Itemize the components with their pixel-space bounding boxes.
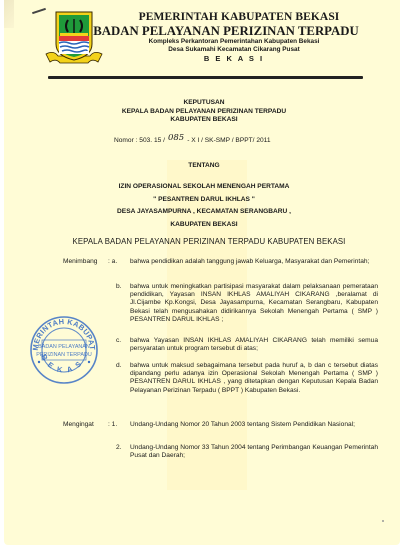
menimbang-item-d: d. bahwa untuk maksud sebagaimana terseb… xyxy=(116,362,378,395)
item-text: bahwa pendidikan adalah tanggung jawab K… xyxy=(130,258,378,266)
decree-number-prefix: Nomor : 503. 15 / xyxy=(114,137,165,144)
item-marker: : 1. xyxy=(108,421,117,429)
subject-line: " PESANTREN DARUL IKHLAS " xyxy=(44,194,364,207)
subject-line: DESA JAYASAMPURNA , KECAMATAN SERANGBARU… xyxy=(44,206,364,219)
item-marker: b. xyxy=(116,283,122,291)
decree-number-handwritten: 085 xyxy=(168,133,184,143)
letterhead: PEMERINTAH KABUPATEN BEKASI BADAN PELAYA… xyxy=(104,11,374,64)
item-text: bahwa untuk maksud sebagaimana tersebut … xyxy=(130,362,378,395)
item-text: Undang-Undang Nomor 20 Tahun 2003 tentan… xyxy=(130,421,378,429)
decree-number: Nomor : 503. 15 /085- X I / SK-SMP / BPP… xyxy=(114,136,334,145)
decree-title-keputusan: KEPUTUSAN xyxy=(44,99,364,108)
folded-corner xyxy=(4,0,14,28)
letterhead-address-2: Desa Sukamahi Kecamatan Cikarang Pusat xyxy=(94,46,374,54)
document-page: PEMERINTAH KABUPATEN BEKASI BADAN PELAYA… xyxy=(4,0,400,545)
subject-line: IZIN OPERASIONAL SEKOLAH MENENGAH PERTAM… xyxy=(44,181,364,194)
letterhead-city: B E K A S I xyxy=(94,54,374,64)
item-marker: : a. xyxy=(108,258,117,266)
menimbang-item-a: : a. bahwa pendidikan adalah tanggung ja… xyxy=(116,258,378,266)
letterhead-government: PEMERINTAH KABUPATEN BEKASI xyxy=(104,11,374,24)
menimbang-item-b: b. bahwa untuk meningkatkan partisipasi … xyxy=(116,283,378,324)
scan-speck xyxy=(382,520,384,522)
item-marker: d. xyxy=(116,362,122,370)
menimbang-item-c: c. bahwa Yayasan INSAN IKHLAS AMALIYAH C… xyxy=(116,337,378,353)
decree-issuer-2: KABUPATEN BEKASI xyxy=(44,116,364,125)
item-marker: 2. xyxy=(116,444,122,452)
item-marker: c. xyxy=(116,337,121,345)
item-text: bahwa untuk meningkatkan partisipasi mas… xyxy=(130,283,378,324)
letterhead-address-1: Kompleks Perkantoran Pemerintahan Kabupa… xyxy=(94,38,374,46)
decree-issuer-1: KEPALA BADAN PELAYANAN PERIZINAN TERPADU xyxy=(44,108,364,117)
official-stamp-icon: PEMERINTAH KABUPATEN B E K A S I BADAN P… xyxy=(28,312,100,384)
menimbang-label: Menimbang xyxy=(63,258,97,265)
letterhead-divider xyxy=(48,76,363,79)
decree-heading: KEPALA BADAN PELAYANAN PERIZINAN TERPADU… xyxy=(44,237,374,246)
item-text: bahwa Yayasan INSAN IKHLAS AMALIYAH CIKA… xyxy=(130,337,378,353)
decree-number-suffix: - X I / SK-SMP / BPPT/ 2011 xyxy=(187,137,270,144)
stamp-inner-line-2: PERIZINAN TERPADU xyxy=(36,352,92,358)
letterhead-agency: BADAN PELAYANAN PERIZINAN TERPADU xyxy=(78,24,374,38)
decree-subject: IZIN OPERASIONAL SEKOLAH MENENGAH PERTAM… xyxy=(44,181,364,231)
item-text: Undang-Undang Nomor 33 Tahun 2004 tentan… xyxy=(130,444,378,460)
mengingat-label: Mengingat xyxy=(63,421,94,428)
mengingat-item-1: : 1. Undang-Undang Nomor 20 Tahun 2003 t… xyxy=(116,421,378,429)
subject-line: KABUPATEN BEKASI xyxy=(44,219,364,232)
mengingat-item-2: 2. Undang-Undang Nomor 33 Tahun 2004 ten… xyxy=(116,444,378,460)
stamp-inner-line-1: BADAN PELAYANAN xyxy=(38,344,90,350)
tentang-label: TENTANG xyxy=(44,162,364,169)
decree-title: KEPUTUSAN KEPALA BADAN PELAYANAN PERIZIN… xyxy=(44,99,364,125)
